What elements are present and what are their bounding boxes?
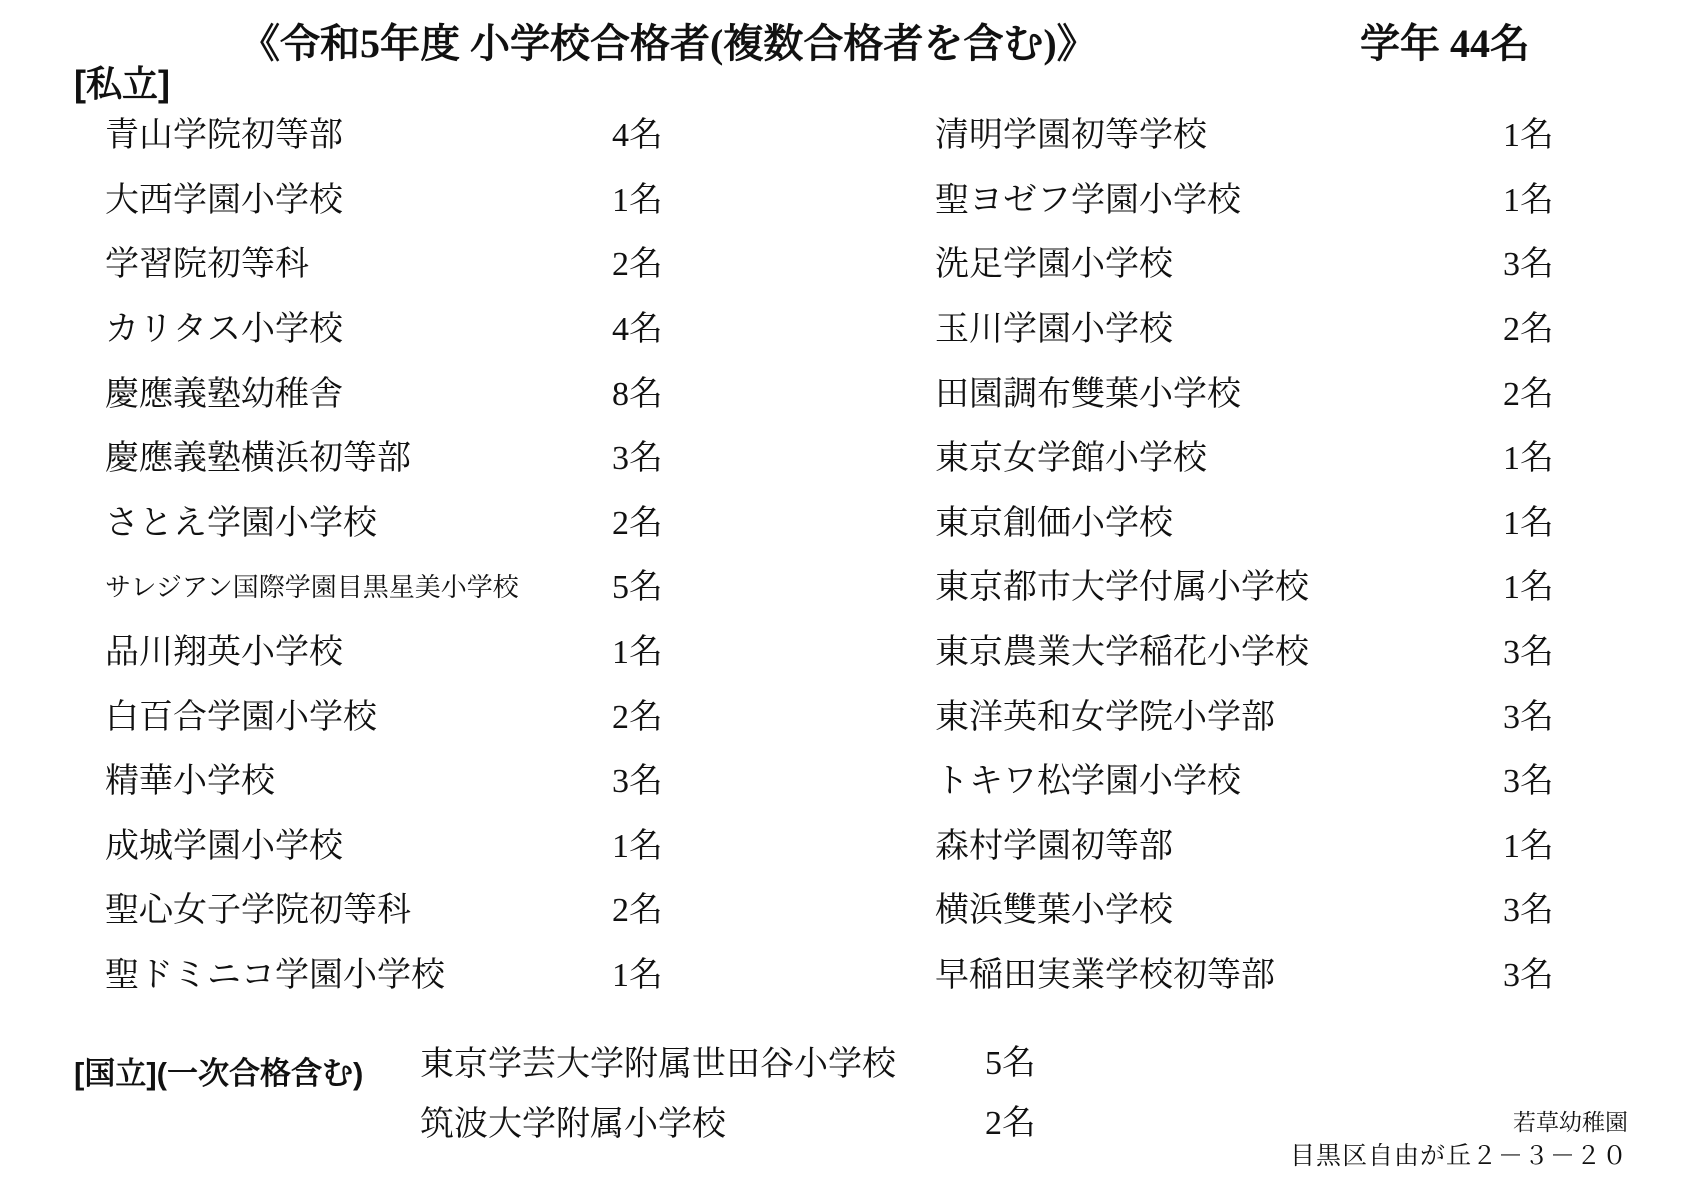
school-count: 5名	[612, 571, 663, 605]
private-school-row: 慶應義塾横浜初等部3名東京女学館小学校1名	[0, 427, 1683, 492]
private-school-row: 白百合学園小学校2名東洋英和女学院小学部3名	[0, 685, 1683, 750]
school-count: 2名	[1503, 313, 1554, 347]
private-school-row: 聖心女子学院初等科2名横浜雙葉小学校3名	[0, 879, 1683, 944]
private-school-row: 精華小学校3名トキワ松学園小学校3名	[0, 750, 1683, 815]
school-name: 東京創価小学校	[935, 507, 1173, 541]
school-count: 3名	[612, 442, 663, 476]
school-count: 1名	[1503, 571, 1554, 605]
footer-kindergarten-name: 若草幼稚園	[1513, 1104, 1628, 1137]
school-name: 白百合学園小学校	[105, 701, 377, 735]
school-name: サレジアン国際学園目黒星美小学校	[105, 575, 519, 601]
school-count: 1名	[612, 636, 663, 670]
school-name: 慶應義塾横浜初等部	[105, 442, 411, 476]
private-school-row: 成城学園小学校1名森村学園初等部1名	[0, 815, 1683, 880]
school-count: 2名	[612, 701, 663, 735]
private-school-row: カリタス小学校4名玉川学園小学校2名	[0, 298, 1683, 363]
school-count: 2名	[985, 1107, 1036, 1141]
school-name: 東京農業大学稲花小学校	[935, 636, 1309, 670]
school-name: 早稲田実業学校初等部	[935, 959, 1275, 993]
school-count: 2名	[1503, 378, 1554, 412]
private-section-label: [私立]	[74, 56, 170, 107]
school-name: 清明学園初等学校	[935, 119, 1207, 153]
school-name: 大西学園小学校	[105, 184, 343, 218]
private-school-row: 青山学院初等部4名清明学園初等学校1名	[0, 104, 1683, 169]
school-count: 3名	[1503, 959, 1554, 993]
private-school-row: さとえ学園小学校2名東京創価小学校1名	[0, 492, 1683, 557]
private-school-row: 品川翔英小学校1名東京農業大学稲花小学校3名	[0, 621, 1683, 686]
national-school-row: 東京学芸大学附属世田谷小学校5名	[0, 1040, 1683, 1088]
school-count: 1名	[1503, 830, 1554, 864]
school-count: 3名	[612, 765, 663, 799]
school-count: 3名	[1503, 248, 1554, 282]
school-count: 4名	[612, 119, 663, 153]
school-count: 1名	[612, 830, 663, 864]
school-count: 3名	[1503, 894, 1554, 928]
private-school-row: 聖ドミニコ学園小学校1名早稲田実業学校初等部3名	[0, 944, 1683, 1009]
school-name: トキワ松学園小学校	[935, 765, 1241, 799]
admission-results-document: 《令和5年度 小学校合格者(複数合格者を含む)》 学年 44名 [私立] 青山学…	[0, 0, 1683, 1190]
grade-total: 学年 44名	[1360, 12, 1530, 69]
school-name: カリタス小学校	[105, 313, 343, 347]
school-name: 品川翔英小学校	[105, 636, 343, 670]
private-school-row: サレジアン国際学園目黒星美小学校5名東京都市大学付属小学校1名	[0, 556, 1683, 621]
school-count: 3名	[1503, 701, 1554, 735]
school-count: 1名	[1503, 507, 1554, 541]
school-name: さとえ学園小学校	[105, 507, 377, 541]
school-count: 1名	[1503, 184, 1554, 218]
school-name: 洗足学園小学校	[935, 248, 1173, 282]
school-name: 成城学園小学校	[105, 830, 343, 864]
private-school-row: 慶應義塾幼稚舎8名田園調布雙葉小学校2名	[0, 362, 1683, 427]
footer-address: 目黒区自由が丘２－３－２０	[1290, 1136, 1628, 1172]
school-count: 1名	[1503, 119, 1554, 153]
school-name: 東京女学館小学校	[935, 442, 1207, 476]
school-count: 3名	[1503, 765, 1554, 799]
school-name: 森村学園初等部	[935, 830, 1173, 864]
school-name: 玉川学園小学校	[935, 313, 1173, 347]
school-count: 1名	[612, 959, 663, 993]
school-name: 東洋英和女学院小学部	[935, 701, 1275, 735]
school-name: 横浜雙葉小学校	[935, 894, 1173, 928]
school-name: 聖ヨゼフ学園小学校	[935, 184, 1241, 218]
private-school-row: 大西学園小学校1名聖ヨゼフ学園小学校1名	[0, 169, 1683, 234]
private-schools-list: 青山学院初等部4名清明学園初等学校1名大西学園小学校1名聖ヨゼフ学園小学校1名学…	[0, 104, 1683, 1008]
school-count: 5名	[985, 1047, 1036, 1081]
school-count: 8名	[612, 378, 663, 412]
private-school-row: 学習院初等科2名洗足学園小学校3名	[0, 233, 1683, 298]
school-count: 3名	[1503, 636, 1554, 670]
page-title: 《令和5年度 小学校合格者(複数合格者を含む)》	[240, 12, 1097, 69]
school-name: 学習院初等科	[105, 248, 309, 282]
school-count: 1名	[612, 184, 663, 218]
school-name: 筑波大学附属小学校	[420, 1107, 726, 1141]
school-name: 聖心女子学院初等科	[105, 894, 411, 928]
school-count: 2名	[612, 894, 663, 928]
school-name: 青山学院初等部	[105, 119, 343, 153]
school-count: 2名	[612, 248, 663, 282]
school-name: 田園調布雙葉小学校	[935, 378, 1241, 412]
school-name: 慶應義塾幼稚舎	[105, 378, 343, 412]
school-name: 精華小学校	[105, 765, 275, 799]
school-count: 2名	[612, 507, 663, 541]
school-name: 東京学芸大学附属世田谷小学校	[420, 1047, 896, 1081]
school-name: 東京都市大学付属小学校	[935, 571, 1309, 605]
school-count: 4名	[612, 313, 663, 347]
school-name: 聖ドミニコ学園小学校	[105, 959, 445, 993]
school-count: 1名	[1503, 442, 1554, 476]
